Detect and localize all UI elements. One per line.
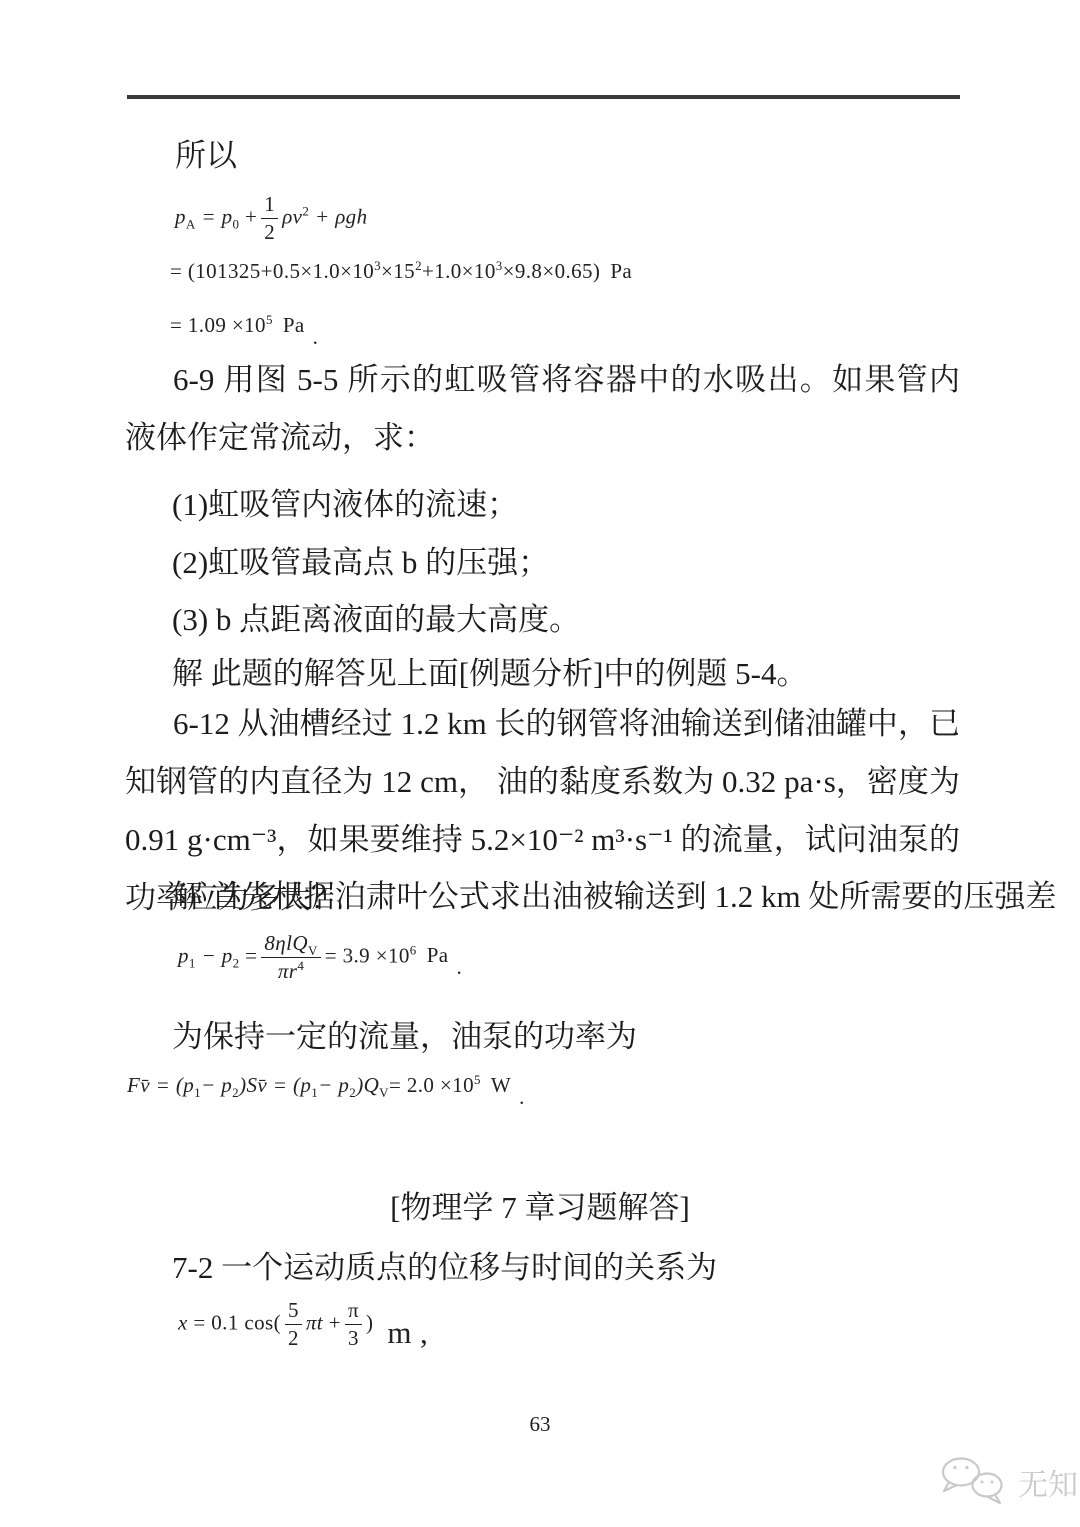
formula-pa-line3: = 1.09 ×105Pa. — [170, 312, 318, 338]
formula-poiseuille: p1 − p2 =8ηlQVπr4= 3.9 ×106Pa. — [178, 933, 462, 982]
paragraph-7-2: 7-2 一个运动质点的位移与时间的关系为 — [172, 1250, 717, 1286]
math-token: 5 — [474, 1072, 481, 1087]
math-token: = — [245, 943, 257, 967]
watermark-text: 无知 — [1018, 1460, 1078, 1504]
math-token: + — [329, 1310, 341, 1334]
watermark: 无知 — [936, 1456, 1078, 1508]
document-page: 所以 pA = p0 +12ρv2 + ρgh = (101325+0.5×1.… — [0, 0, 1080, 1527]
period: . — [519, 1085, 525, 1109]
math-token: +1.0×10 — [422, 259, 496, 283]
math-token: ×9.8×0.65) — [503, 259, 601, 283]
top-rule — [127, 95, 960, 99]
math-token: − p — [201, 943, 232, 967]
math-unit: Pa — [283, 313, 305, 337]
chat-bubbles-icon — [936, 1456, 1012, 1508]
page-number: 63 — [0, 1412, 1080, 1437]
math-token: = 1.09 ×10 — [170, 313, 266, 337]
math-token: + ρgh — [315, 204, 368, 228]
list-item-2: (2)虹吸管最高点 b 的压强； — [172, 545, 549, 581]
math-token: 3 — [496, 258, 503, 273]
formula-displacement: x = 0.1 cos(52πt +π3)m , — [178, 1300, 428, 1349]
math-token: V — [379, 1085, 389, 1100]
list-item-3: (3) b 点距离液面的最大高度。 — [172, 602, 580, 638]
math-token: x — [178, 1310, 188, 1334]
math-unit: W — [491, 1073, 511, 1097]
math-token: ρv — [282, 204, 302, 228]
chapter-heading: [物理学 7 章习题解答] — [0, 1190, 1080, 1226]
math-token: p — [178, 943, 189, 967]
paragraph-power: 为保持一定的流量，油泵的功率为 — [172, 1019, 637, 1055]
fraction: 52 — [285, 1300, 302, 1349]
math-token: 1 — [189, 956, 196, 971]
math-token: = 0.1 cos( — [193, 1310, 281, 1334]
math-token: 5 — [266, 312, 273, 327]
math-token: A — [186, 217, 196, 232]
fraction: π3 — [345, 1300, 362, 1349]
formula-power: Fv̄ = (p1− p2)Sv̄ = (p1− p2)QV= 2.0 ×105… — [127, 1072, 525, 1098]
math-token: 2 — [233, 956, 240, 971]
math-token: 1 — [261, 194, 278, 219]
math-token: + — [245, 204, 257, 228]
math-token: ) — [366, 1310, 373, 1334]
math-token: − p — [318, 1073, 349, 1097]
math-token: 2 — [285, 1325, 302, 1349]
fraction: 12 — [261, 194, 278, 243]
math-token: 8ηlQV — [261, 933, 320, 958]
formula-pa-line2: = (101325+0.5×1.0×103×152+1.0×103×9.8×0.… — [170, 258, 632, 284]
math-token: = p — [201, 204, 232, 228]
math-token: 6 — [410, 942, 417, 957]
math-token: 3 — [374, 258, 381, 273]
math-token: 2 — [261, 219, 278, 243]
math-token: )Sv̄ = (p — [239, 1073, 311, 1097]
paragraph-jie-6-12: 解 首先根据泊肃叶公式求出油被输送到 1.2 km 处所需要的压强差 — [172, 879, 1056, 915]
math-token: 3 — [345, 1325, 362, 1349]
math-token: πt — [306, 1310, 323, 1334]
list-item-1: (1)虹吸管内液体的流速； — [172, 487, 518, 523]
math-token: )Q — [356, 1073, 379, 1097]
period: . — [313, 325, 319, 349]
math-token: = 3.9 ×10 — [325, 943, 410, 967]
math-unit: Pa — [427, 943, 449, 967]
math-token: 2 — [415, 258, 422, 273]
math-token: Fv̄ = (p — [127, 1073, 194, 1097]
paragraph-6-9: 6-9 用图 5-5 所示的虹吸管将容器中的水吸出。如果管内液体作定常流动，求： — [125, 351, 960, 467]
math-token: π — [345, 1300, 362, 1325]
math-unit: Pa — [610, 259, 632, 283]
math-token: πr4 — [261, 958, 320, 982]
math-token: 1 — [194, 1085, 201, 1100]
paragraph-suoyi: 所以 — [175, 138, 237, 174]
math-token: p — [175, 204, 186, 228]
math-token: 0 — [232, 217, 239, 232]
math-token: = (101325+0.5×1.0×10 — [170, 259, 374, 283]
math-token: = 2.0 ×10 — [389, 1073, 474, 1097]
math-token: − p — [201, 1073, 232, 1097]
fraction: 8ηlQVπr4 — [261, 933, 320, 982]
math-token: 5 — [285, 1300, 302, 1325]
formula-pa-line1: pA = p0 +12ρv2 + ρgh — [175, 194, 367, 243]
paragraph-jie-6-9: 解 此题的解答见上面[例题分析]中的例题 5-4。 — [172, 656, 807, 692]
math-unit: m , — [387, 1315, 428, 1350]
math-token: ×15 — [381, 259, 415, 283]
period: . — [457, 955, 463, 979]
math-token: 2 — [302, 203, 309, 218]
